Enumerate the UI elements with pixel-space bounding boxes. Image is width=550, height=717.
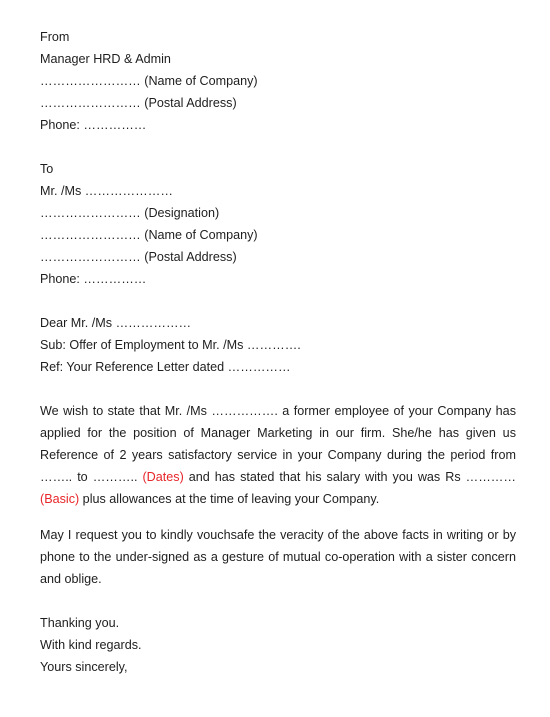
letter-page: From Manager HRD & Admin …………………… (Name … bbox=[40, 26, 516, 678]
sender-heading: From bbox=[40, 26, 516, 48]
sender-address: …………………… (Postal Address) bbox=[40, 92, 516, 114]
dates-note: (Dates) bbox=[142, 470, 183, 484]
body-paragraph-2: May I request you to kindly vouchsafe th… bbox=[40, 524, 516, 590]
sender-phone: Phone: …………… bbox=[40, 114, 516, 136]
subject-line: Sub: Offer of Employment to Mr. /Ms …………… bbox=[40, 334, 516, 356]
closing-regards: With kind regards. bbox=[40, 634, 516, 656]
body-paragraph-1-part-2: and has stated that his salary with you … bbox=[184, 470, 516, 484]
recipient-name: Mr. /Ms ………………… bbox=[40, 180, 516, 202]
spacer bbox=[40, 590, 516, 612]
closing-thanks: Thanking you. bbox=[40, 612, 516, 634]
basic-note: (Basic) bbox=[40, 492, 79, 506]
spacer bbox=[40, 290, 516, 312]
reference-line: Ref: Your Reference Letter dated …………… bbox=[40, 356, 516, 378]
closing-sincerely: Yours sincerely, bbox=[40, 656, 516, 678]
spacer bbox=[40, 136, 516, 158]
spacer bbox=[40, 378, 516, 400]
recipient-designation: …………………… (Designation) bbox=[40, 202, 516, 224]
sender-company: …………………… (Name of Company) bbox=[40, 70, 516, 92]
recipient-block: To Mr. /Ms ………………… …………………… (Designation… bbox=[40, 158, 516, 290]
greeting: Dear Mr. /Ms ……………… bbox=[40, 312, 516, 334]
sender-title: Manager HRD & Admin bbox=[40, 48, 516, 70]
body-paragraph-1: We wish to state that Mr. /Ms ……………. a f… bbox=[40, 400, 516, 510]
body-paragraph-1-part-3: plus allowances at the time of leaving y… bbox=[79, 492, 379, 506]
recipient-heading: To bbox=[40, 158, 516, 180]
recipient-company: …………………… (Name of Company) bbox=[40, 224, 516, 246]
closing-block: Thanking you. With kind regards. Yours s… bbox=[40, 612, 516, 678]
sender-block: From Manager HRD & Admin …………………… (Name … bbox=[40, 26, 516, 136]
recipient-address: …………………… (Postal Address) bbox=[40, 246, 516, 268]
salutation-block: Dear Mr. /Ms ……………… Sub: Offer of Employ… bbox=[40, 312, 516, 378]
spacer bbox=[40, 510, 516, 524]
recipient-phone: Phone: …………… bbox=[40, 268, 516, 290]
